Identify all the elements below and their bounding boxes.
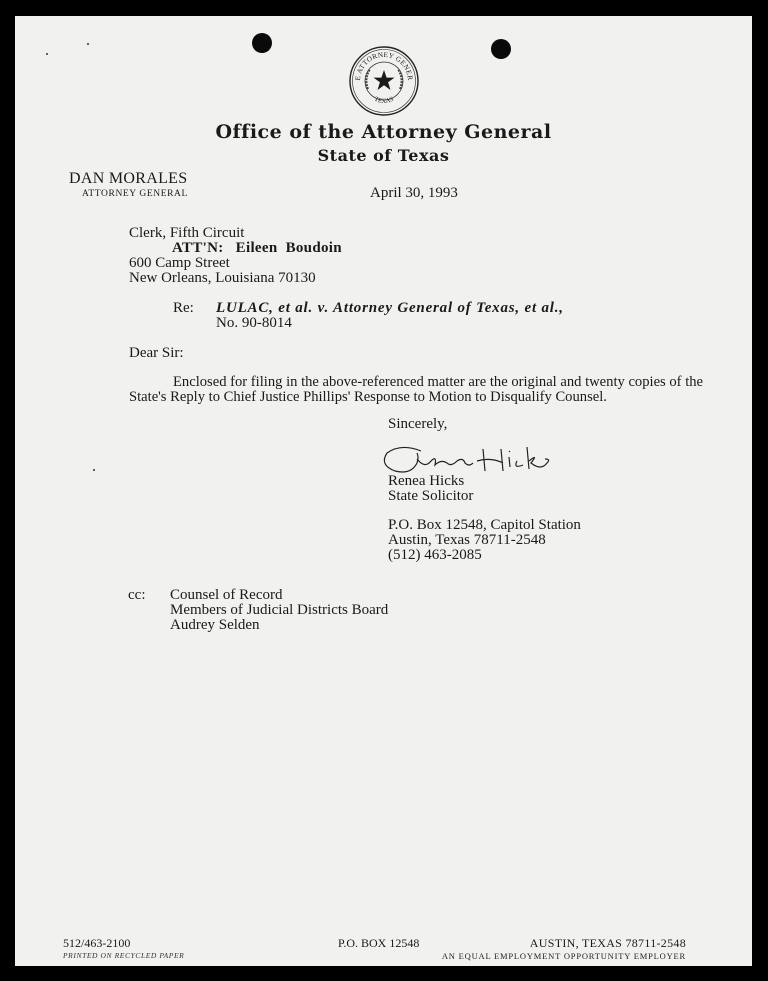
state-heading: State of Texas (15, 146, 752, 165)
letter-date: April 30, 1993 (370, 185, 458, 201)
recipient-line-3: 600 Camp Street (129, 255, 230, 271)
scan-speck (93, 469, 95, 471)
re-case-number: No. 90-8014 (216, 315, 292, 331)
cc-recipient: Audrey Selden (170, 617, 260, 633)
cc-recipient: Counsel of Record (170, 587, 282, 603)
valediction: Sincerely, (388, 416, 447, 432)
salutation: Dear Sir: (129, 345, 184, 361)
attorney-general-seal-icon: THE ATTORNEY GENERAL TEXAS (348, 45, 420, 117)
signer-address-1: P.O. Box 12548, Capitol Station (388, 517, 581, 533)
punch-hole-left (252, 33, 272, 53)
re-label: Re: (173, 300, 194, 316)
footer-po-box: P.O. BOX 12548 (338, 936, 419, 951)
signature-icon (381, 441, 556, 477)
cc-recipient: Members of Judicial Districts Board (170, 602, 388, 618)
cc-label: cc: (128, 587, 145, 603)
office-heading: Office of the Attorney General (15, 121, 752, 143)
signer-phone: (512) 463-2085 (388, 547, 482, 563)
signer-title: State Solicitor (388, 488, 473, 504)
recipient-attn: ATT'N: Eileen Boudoin (172, 240, 342, 256)
scan-speck (87, 43, 89, 45)
body-line-2: State's Reply to Chief Justice Phillips'… (129, 389, 607, 405)
letter-page: THE ATTORNEY GENERAL TEXAS Office of the… (15, 16, 752, 966)
body-line-1: Enclosed for filing in the above-referen… (173, 374, 703, 390)
signer-name: Renea Hicks (388, 473, 464, 489)
recipient-line-4: New Orleans, Louisiana 70130 (129, 270, 316, 286)
footer-eoe: AN EQUAL EMPLOYMENT OPPORTUNITY EMPLOYER (442, 951, 686, 961)
official-name: DAN MORALES (69, 170, 187, 188)
scan-speck (46, 53, 48, 55)
footer-city: AUSTIN, TEXAS 78711-2548 (530, 936, 686, 951)
svg-text:TEXAS: TEXAS (373, 95, 395, 105)
footer-recycled: PRINTED ON RECYCLED PAPER (63, 951, 184, 960)
punch-hole-right (491, 39, 511, 59)
footer-phone: 512/463-2100 (63, 936, 130, 951)
signer-address-2: Austin, Texas 78711-2548 (388, 532, 546, 548)
official-title: ATTORNEY GENERAL (82, 189, 188, 199)
re-case-title: LULAC, et al. v. Attorney General of Tex… (216, 300, 564, 316)
recipient-line-1: Clerk, Fifth Circuit (129, 225, 244, 241)
